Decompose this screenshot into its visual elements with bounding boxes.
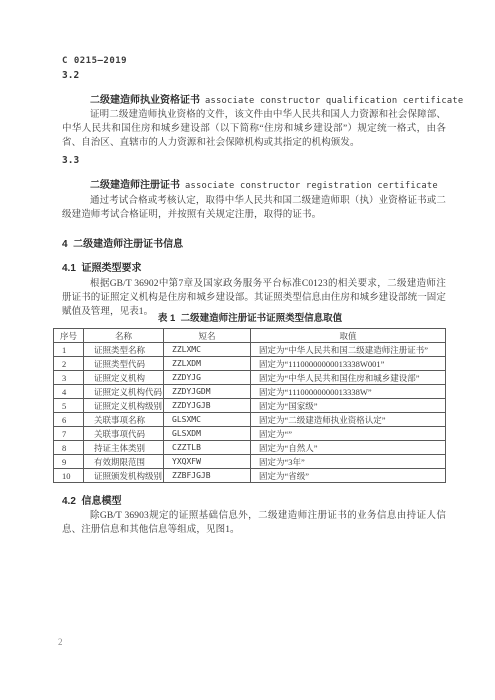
term-3-3-definition: 通过考试合格或考核认定，取得中华人民共和国二级建造师职（执）业资格证书或二级建造… [62, 194, 446, 222]
page-number: 2 [58, 637, 63, 647]
cell-short-name: ZZBFJGJB [164, 469, 251, 483]
cell-short-name: ZZDYJGJB [164, 399, 251, 413]
cell-index: 7 [54, 427, 84, 441]
table-row: 8持证主体类别CZZTLB固定为“自然人” [54, 441, 446, 455]
cell-short-name: ZZDYJGDM [164, 385, 251, 399]
cell-index: 2 [54, 357, 84, 371]
cell-value: 固定为“二级建造师执业资格认定” [251, 413, 446, 427]
table-1-caption: 表 1 二级建造师注册证书证照类型信息取值 [55, 310, 445, 324]
cell-short-name: GLSXMC [164, 413, 251, 427]
table-row: 6关联事项名称GLSXMC固定为“二级建造师执业资格认定” [54, 413, 446, 427]
term-en-label: associate constructor qualification cert… [205, 96, 463, 106]
table-row: 7关联事项代码GLSXDM固定为“” [54, 427, 446, 441]
term-3-2-definition: 证明二级建造师执业资格的文件，该文件由中华人民共和国人力资源和社会保障部、中华人… [62, 108, 446, 150]
cell-value: 固定为“省级” [251, 469, 446, 483]
cell-short-name: CZZTLB [164, 441, 251, 455]
term-heading-3-3: 二级建造师注册证书associate constructor registrat… [90, 176, 450, 191]
cell-name: 证照定义机构代码 [84, 385, 164, 399]
cell-name: 有效期限范围 [84, 455, 164, 469]
document-page: C 0215—2019 3.2 二级建造师执业资格证书associate con… [0, 0, 495, 700]
cell-value: 固定为“国家级” [251, 399, 446, 413]
cell-value: 固定为“11100000000013338W” [251, 385, 446, 399]
cell-name: 证照颁发机构级别 [84, 469, 164, 483]
section-4-2-heading: 4.2 信息模型 [62, 492, 121, 507]
term-heading-3-2: 二级建造师执业资格证书associate constructor qualifi… [90, 91, 450, 106]
table-row: 10证照颁发机构级别ZZBFJGJB固定为“省级” [54, 469, 446, 483]
cell-value: 固定为“自然人” [251, 441, 446, 455]
cell-short-name: ZZLXMC [164, 343, 251, 357]
clause-number-3-3: 3.3 [62, 155, 79, 166]
standard-code: C 0215—2019 [62, 56, 127, 66]
col-header-short: 短名 [164, 329, 251, 343]
cell-index: 3 [54, 371, 84, 385]
table-row: 3证照定义机构ZZDYJG固定为“中华人民共和国住房和城乡建设部” [54, 371, 446, 385]
cell-index: 10 [54, 469, 84, 483]
cell-index: 4 [54, 385, 84, 399]
term-en-label: associate constructor registration certi… [185, 181, 438, 191]
section-4-heading: 4 二级建造师注册证书信息 [62, 235, 183, 250]
table-row: 4证照定义机构代码ZZDYJGDM固定为“11100000000013338W” [54, 385, 446, 399]
certificate-type-table: 序号 名称 短名 取值 1证照类型名称ZZLXMC固定为“中华人民共和国二级建造… [53, 328, 446, 483]
clause-number-3-2: 3.2 [62, 70, 79, 81]
cell-short-name: GLSXDM [164, 427, 251, 441]
cell-short-name: ZZDYJG [164, 371, 251, 385]
cell-short-name: ZZLXDM [164, 357, 251, 371]
cell-name: 关联事项名称 [84, 413, 164, 427]
cell-value: 固定为“中华人民共和国二级建造师注册证书” [251, 343, 446, 357]
cell-name: 关联事项代码 [84, 427, 164, 441]
cell-name: 证照定义机构级别 [84, 399, 164, 413]
col-header-value: 取值 [251, 329, 446, 343]
term-zh-label: 二级建造师注册证书 [90, 180, 180, 191]
cell-index: 1 [54, 343, 84, 357]
cell-name: 证照类型名称 [84, 343, 164, 357]
section-4-1-heading: 4.1 证照类型要求 [62, 259, 141, 274]
table-row: 5证照定义机构级别ZZDYJGJB固定为“国家级” [54, 399, 446, 413]
cell-index: 6 [54, 413, 84, 427]
col-header-name: 名称 [84, 329, 164, 343]
table-row: 2证照类型代码ZZLXDM固定为“11100000000013338W001” [54, 357, 446, 371]
table-row: 9有效期限范围YXQXFW固定为“3年” [54, 455, 446, 469]
col-header-index: 序号 [54, 329, 84, 343]
cell-value: 固定为“” [251, 427, 446, 441]
cell-index: 8 [54, 441, 84, 455]
cell-name: 证照类型代码 [84, 357, 164, 371]
cell-index: 9 [54, 455, 84, 469]
type-table-body: 1证照类型名称ZZLXMC固定为“中华人民共和国二级建造师注册证书”2证照类型代… [54, 343, 446, 483]
cell-value: 固定为“3年” [251, 455, 446, 469]
cell-name: 持证主体类别 [84, 441, 164, 455]
table-header-row: 序号 名称 短名 取值 [54, 329, 446, 343]
cell-name: 证照定义机构 [84, 371, 164, 385]
cell-value: 固定为“11100000000013338W001” [251, 357, 446, 371]
section-4-2-paragraph: 除GB/T 36903规定的证照基础信息外，二级建造师注册证书的业务信息由持证人… [62, 509, 446, 537]
cell-short-name: YXQXFW [164, 455, 251, 469]
table-row: 1证照类型名称ZZLXMC固定为“中华人民共和国二级建造师注册证书” [54, 343, 446, 357]
cell-index: 5 [54, 399, 84, 413]
term-zh-label: 二级建造师执业资格证书 [90, 95, 200, 106]
cell-value: 固定为“中华人民共和国住房和城乡建设部” [251, 371, 446, 385]
